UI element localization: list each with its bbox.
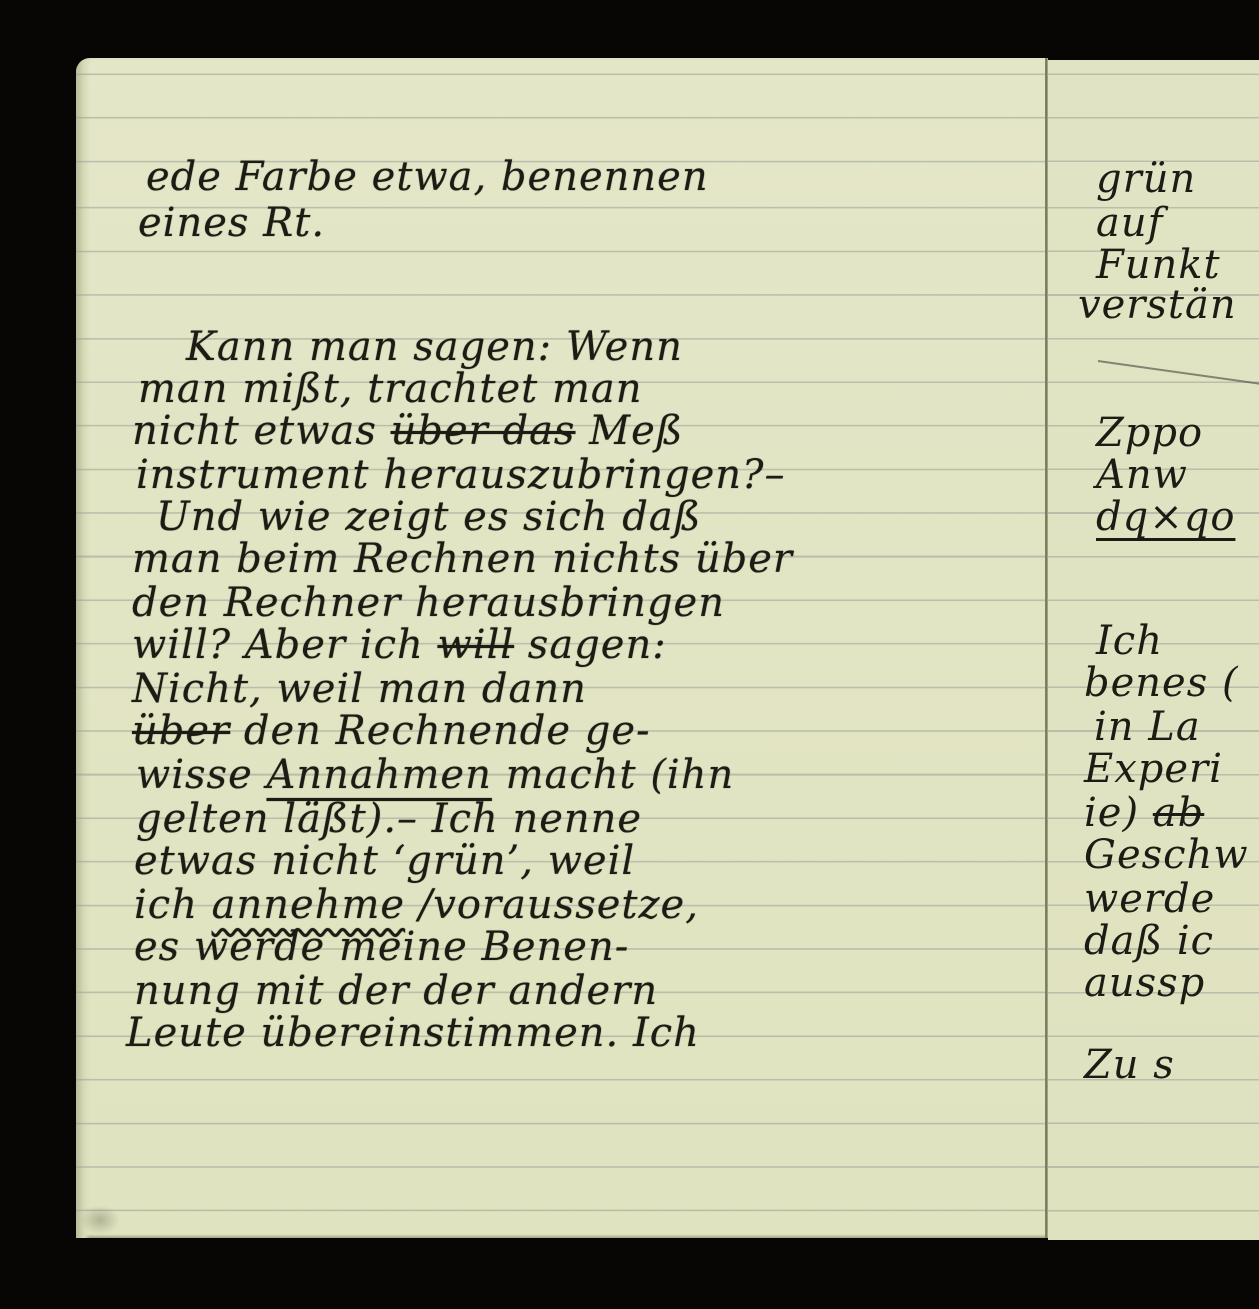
line-text: eines Rt. — [138, 200, 325, 246]
manuscript-line-10: den Rechner herausbringen — [132, 580, 725, 626]
line-text: nicht etwas — [132, 408, 391, 454]
line-text: verstän — [1078, 282, 1237, 328]
line-text: Leute übereinstimmen. Ich — [126, 1010, 700, 1056]
manuscript-line-6: Zppo — [1096, 410, 1203, 456]
manuscript-line-17: ich annehme /voraussetze, — [134, 882, 699, 928]
manuscript-line-1: grün — [1096, 156, 1196, 202]
manuscript-line-20: Zu s — [1084, 1042, 1175, 1088]
line-text: grün — [1096, 156, 1196, 202]
manuscript-line-12: in La — [1094, 704, 1201, 750]
line-text: benes ( — [1084, 660, 1239, 706]
line-text: Zu s — [1084, 1042, 1175, 1088]
manuscript-line-5: man mißt, trachtet man — [138, 366, 642, 412]
underlined-text: Annahmen — [266, 752, 491, 798]
line-text: in La — [1094, 704, 1201, 750]
line-text: daß ic — [1084, 918, 1214, 964]
manuscript-line-16: werde — [1084, 876, 1215, 922]
line-text: ie) — [1084, 790, 1153, 836]
line-text: Meß — [575, 408, 683, 454]
line-text: Kann man sagen: Wenn — [186, 324, 683, 370]
line-text: den Rechner herausbringen — [132, 580, 725, 626]
manuscript-line-20: Leute übereinstimmen. Ich — [126, 1010, 700, 1056]
line-text: sagen: — [514, 622, 667, 668]
line-text: gelten läßt).– Ich nenne — [136, 796, 642, 842]
line-text: macht (ihn — [492, 752, 734, 798]
manuscript-line-2: eines Rt. — [138, 200, 325, 246]
pencil-divider-stroke — [1098, 360, 1259, 386]
line-text: es werde meine Benen- — [134, 924, 629, 970]
manuscript-line-14: ie) ab — [1084, 790, 1204, 836]
line-text: man beim Rechnen nichts über — [132, 536, 793, 582]
line-text: will? Aber ich — [132, 622, 437, 668]
line-text: Zppo — [1096, 410, 1203, 456]
manuscript-line-7: Anw — [1096, 452, 1188, 498]
line-text: Ich — [1096, 618, 1163, 664]
line-text: instrument herauszubringen?– — [136, 452, 785, 498]
manuscript-line-4: verstän — [1078, 282, 1237, 328]
line-text: Und wie zeigt es sich daß — [156, 494, 701, 540]
line-text: man mißt, trachtet man — [138, 366, 642, 412]
struck-text: über das — [391, 408, 576, 454]
manuscript-line-14: wisse Annahmen macht (ihn — [136, 752, 734, 798]
manuscript-line-9: man beim Rechnen nichts über — [132, 536, 793, 582]
line-text: den Rechnende ge- — [230, 708, 650, 754]
underlined-text: dq×qo — [1096, 494, 1235, 540]
line-text: nung mit der der andern — [134, 968, 658, 1014]
manuscript-line-12: Nicht, weil man dann — [132, 666, 587, 712]
manuscript-line-17: daß ic — [1084, 918, 1214, 964]
manuscript-line-15: gelten läßt).– Ich nenne — [136, 796, 642, 842]
manuscript-line-2: auf — [1096, 200, 1163, 246]
page-corner-wear — [80, 1205, 120, 1235]
manuscript-line-19: nung mit der der andern — [134, 968, 658, 1014]
manuscript-line-8: Und wie zeigt es sich daß — [156, 494, 701, 540]
line-text: ede Farbe etwa, benennen — [146, 154, 709, 200]
manuscript-line-6: nicht etwas über das Meß — [132, 408, 684, 454]
struck-text: über — [132, 708, 230, 754]
line-text: Nicht, weil man dann — [132, 666, 587, 712]
manuscript-line-15: Geschw — [1084, 832, 1249, 878]
manuscript-line-18: aussp — [1084, 960, 1205, 1006]
manuscript-line-13: Experi — [1084, 746, 1223, 792]
struck-text: ab — [1153, 790, 1204, 836]
manuscript-line-10: Ich — [1096, 618, 1163, 664]
manuscript-line-7: instrument herauszubringen?– — [136, 452, 785, 498]
manuscript-line-4: Kann man sagen: Wenn — [186, 324, 683, 370]
manuscript-line-13: über den Rechnende ge- — [132, 708, 651, 754]
line-text: Anw — [1096, 452, 1188, 498]
manuscript-line-8: dq×qo — [1096, 494, 1235, 540]
line-text: etwas nicht ‘grün’, weil — [134, 838, 635, 884]
right-notebook-page-fragment: grün auf Funkt verstän Zppo Anw dq×qo Ic… — [1048, 60, 1259, 1240]
left-notebook-page: ede Farbe etwa, benennen eines Rt. Kann … — [76, 58, 1048, 1238]
line-text: ich — [134, 882, 212, 928]
line-text: werde — [1084, 876, 1215, 922]
wavy-underlined-text: annehme — [212, 882, 405, 928]
line-text: /voraussetze, — [405, 882, 699, 928]
struck-text: will — [437, 622, 514, 668]
line-text: wisse — [136, 752, 266, 798]
manuscript-line-11: will? Aber ich will sagen: — [132, 622, 667, 668]
manuscript-line-16: etwas nicht ‘grün’, weil — [134, 838, 635, 884]
line-text: Geschw — [1084, 832, 1249, 878]
manuscript-line-1: ede Farbe etwa, benennen — [146, 154, 709, 200]
line-text: aussp — [1084, 960, 1205, 1006]
line-text: auf — [1096, 200, 1163, 246]
manuscript-line-11: benes ( — [1084, 660, 1239, 706]
manuscript-line-18: es werde meine Benen- — [134, 924, 629, 970]
line-text: Experi — [1084, 746, 1223, 792]
